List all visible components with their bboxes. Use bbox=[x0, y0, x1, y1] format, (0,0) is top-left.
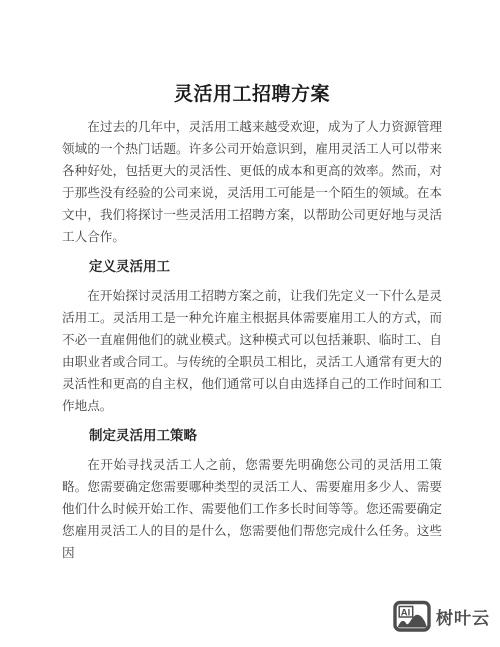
section-heading-define-flexible-employment: 定义灵活用工 bbox=[62, 256, 442, 278]
section-heading-strategy: 制定灵活用工策略 bbox=[62, 425, 442, 447]
document-content: 灵活用工招聘方案 在过去的几年中，灵活用工越来越受欢迎，成为了人力资源管理领域的… bbox=[62, 80, 442, 564]
ai-icon-label: AI bbox=[401, 607, 411, 618]
paragraph-strategy: 在开始寻找灵活工人之前，您需要先明确您公司的灵活用工策略。您需要确定您需要哪种类… bbox=[62, 454, 442, 564]
paragraph-intro: 在过去的几年中，灵活用工越来越受欢迎，成为了人力资源管理领域的一个热门话题。许多… bbox=[62, 116, 442, 248]
page-title: 灵活用工招聘方案 bbox=[62, 80, 442, 108]
ai-image-icon: AI bbox=[393, 599, 431, 633]
watermark: AI 树叶云 bbox=[393, 599, 490, 633]
watermark-brand-text: 树叶云 bbox=[436, 604, 490, 629]
document-page: 灵活用工招聘方案 在过去的几年中，灵活用工越来越受欢迎，成为了人力资源管理领域的… bbox=[0, 0, 500, 647]
paragraph-define-flexible-employment: 在开始探讨灵活用工招聘方案之前，让我们先定义一下什么是灵活用工。灵活用工是一种允… bbox=[62, 285, 442, 417]
